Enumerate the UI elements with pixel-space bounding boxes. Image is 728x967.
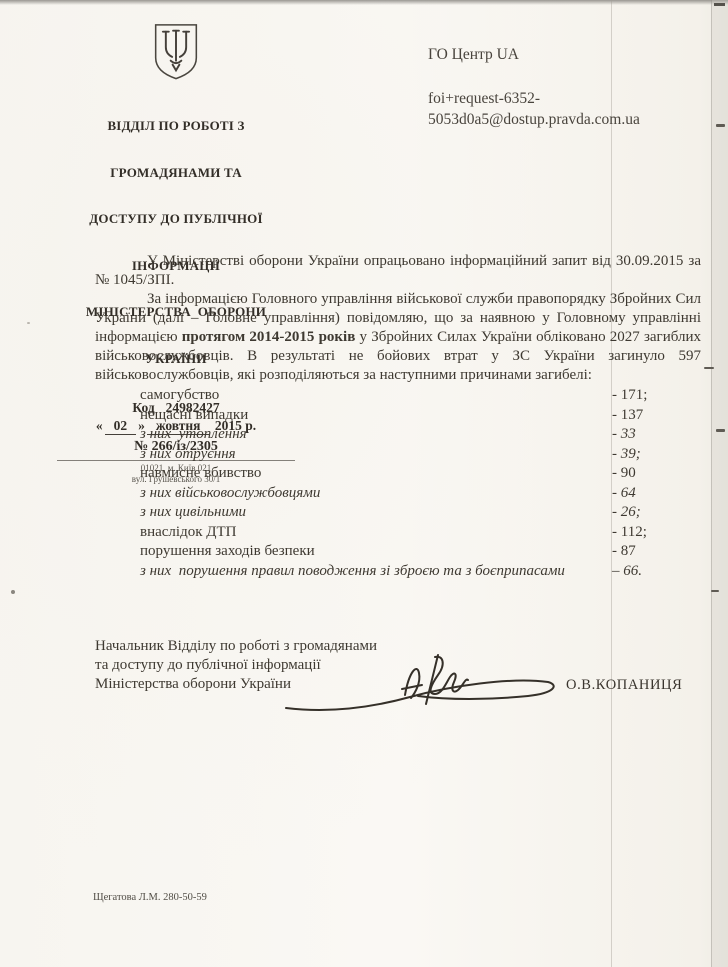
list-item-label: порушення заходів безпеки: [140, 542, 612, 562]
list-item-value: - 90: [612, 464, 701, 484]
body-paragraph-2: За інформацією Головного управління війс…: [95, 290, 701, 385]
scan-mark: [711, 590, 719, 592]
list-item-value: - 87: [612, 542, 701, 562]
list-item-label: внаслідок ДТП: [140, 523, 612, 543]
list-item-label: з них утоплення: [140, 425, 612, 445]
list-item: нещасні випадки- 137: [140, 406, 701, 426]
list-item-label: самогубство: [140, 386, 612, 406]
recipient-email: foi+request-6352- 5053d0a5@dostup.pravda…: [428, 88, 708, 130]
paragraph-bold-text: протягом 2014-2015 років: [182, 329, 356, 345]
letter-body: У Міністерстві оборони України опрацьова…: [95, 252, 701, 581]
list-item: з них утоплення- 33: [140, 425, 701, 445]
list-item-value: - 33: [612, 425, 701, 445]
list-item: порушення заходів безпеки- 87: [140, 542, 701, 562]
scan-mark: [716, 429, 725, 432]
recipient-name: ГО Центр UA: [428, 46, 708, 64]
list-item-value: - 39;: [612, 445, 701, 465]
list-item-value: - 26;: [612, 503, 701, 523]
list-item-label: навмисне вбивство: [140, 464, 612, 484]
scan-corner-mark: [714, 3, 725, 6]
recipient-block: ГО Центр UA foi+request-6352- 5053d0a5@d…: [428, 46, 708, 130]
list-item: з них порушення правил поводження зі збр…: [140, 562, 701, 582]
casualty-list: самогубство- 171; нещасні випадки- 137 з…: [140, 386, 701, 581]
scan-right-edge-line: [711, 0, 712, 967]
recipient-email-line: foi+request-6352-: [428, 88, 708, 109]
list-item-label: нещасні випадки: [140, 406, 612, 426]
list-item: з них військовослужбовцями- 64: [140, 484, 701, 504]
scan-mark: [716, 124, 725, 127]
list-item: з них отруєння- 39;: [140, 445, 701, 465]
list-item-value: – 66.: [612, 562, 701, 582]
org-name-line: ВІДДІЛ ПО РОБОТІ З: [36, 118, 316, 134]
list-item-label: з них цивільними: [140, 503, 612, 523]
scan-speck: [27, 322, 30, 324]
handwritten-signature: [268, 650, 560, 720]
list-item-value: - 64: [612, 484, 701, 504]
executor-contact: Щегатова Л.М. 280-50-59: [93, 892, 207, 903]
scan-speck: [11, 590, 15, 594]
list-item-label: з них військовослужбовцями: [140, 484, 612, 504]
list-item: навмисне вбивство- 90: [140, 464, 701, 484]
list-item-label: з них отруєння: [140, 445, 612, 465]
scan-right-shade: [712, 0, 728, 967]
list-item-value: - 171;: [612, 386, 701, 406]
scanned-letter-page: ВІДДІЛ ПО РОБОТІ З ГРОМАДЯНАМИ ТА ДОСТУП…: [0, 0, 728, 967]
recipient-email-line: 5053d0a5@dostup.pravda.com.ua: [428, 109, 708, 130]
list-item: самогубство- 171;: [140, 386, 701, 406]
scan-top-edge: [0, 0, 728, 5]
org-name-line: ГРОМАДЯНАМИ ТА: [36, 165, 316, 181]
list-item-value: - 112;: [612, 523, 701, 543]
org-name-line: ДОСТУПУ ДО ПУБЛІЧНОЇ: [36, 211, 316, 227]
body-paragraph-1: У Міністерстві оборони України опрацьова…: [95, 252, 701, 290]
list-item: з них цивільними- 26;: [140, 503, 701, 523]
ukraine-trident-emblem: [148, 22, 204, 82]
signer-name: О.В.КОПАНИЦЯ: [566, 677, 682, 694]
list-item-label: з них порушення правил поводження зі збр…: [140, 562, 612, 582]
scan-mark: [704, 367, 714, 369]
list-item: внаслідок ДТП- 112;: [140, 523, 701, 543]
list-item-value: - 137: [612, 406, 701, 426]
